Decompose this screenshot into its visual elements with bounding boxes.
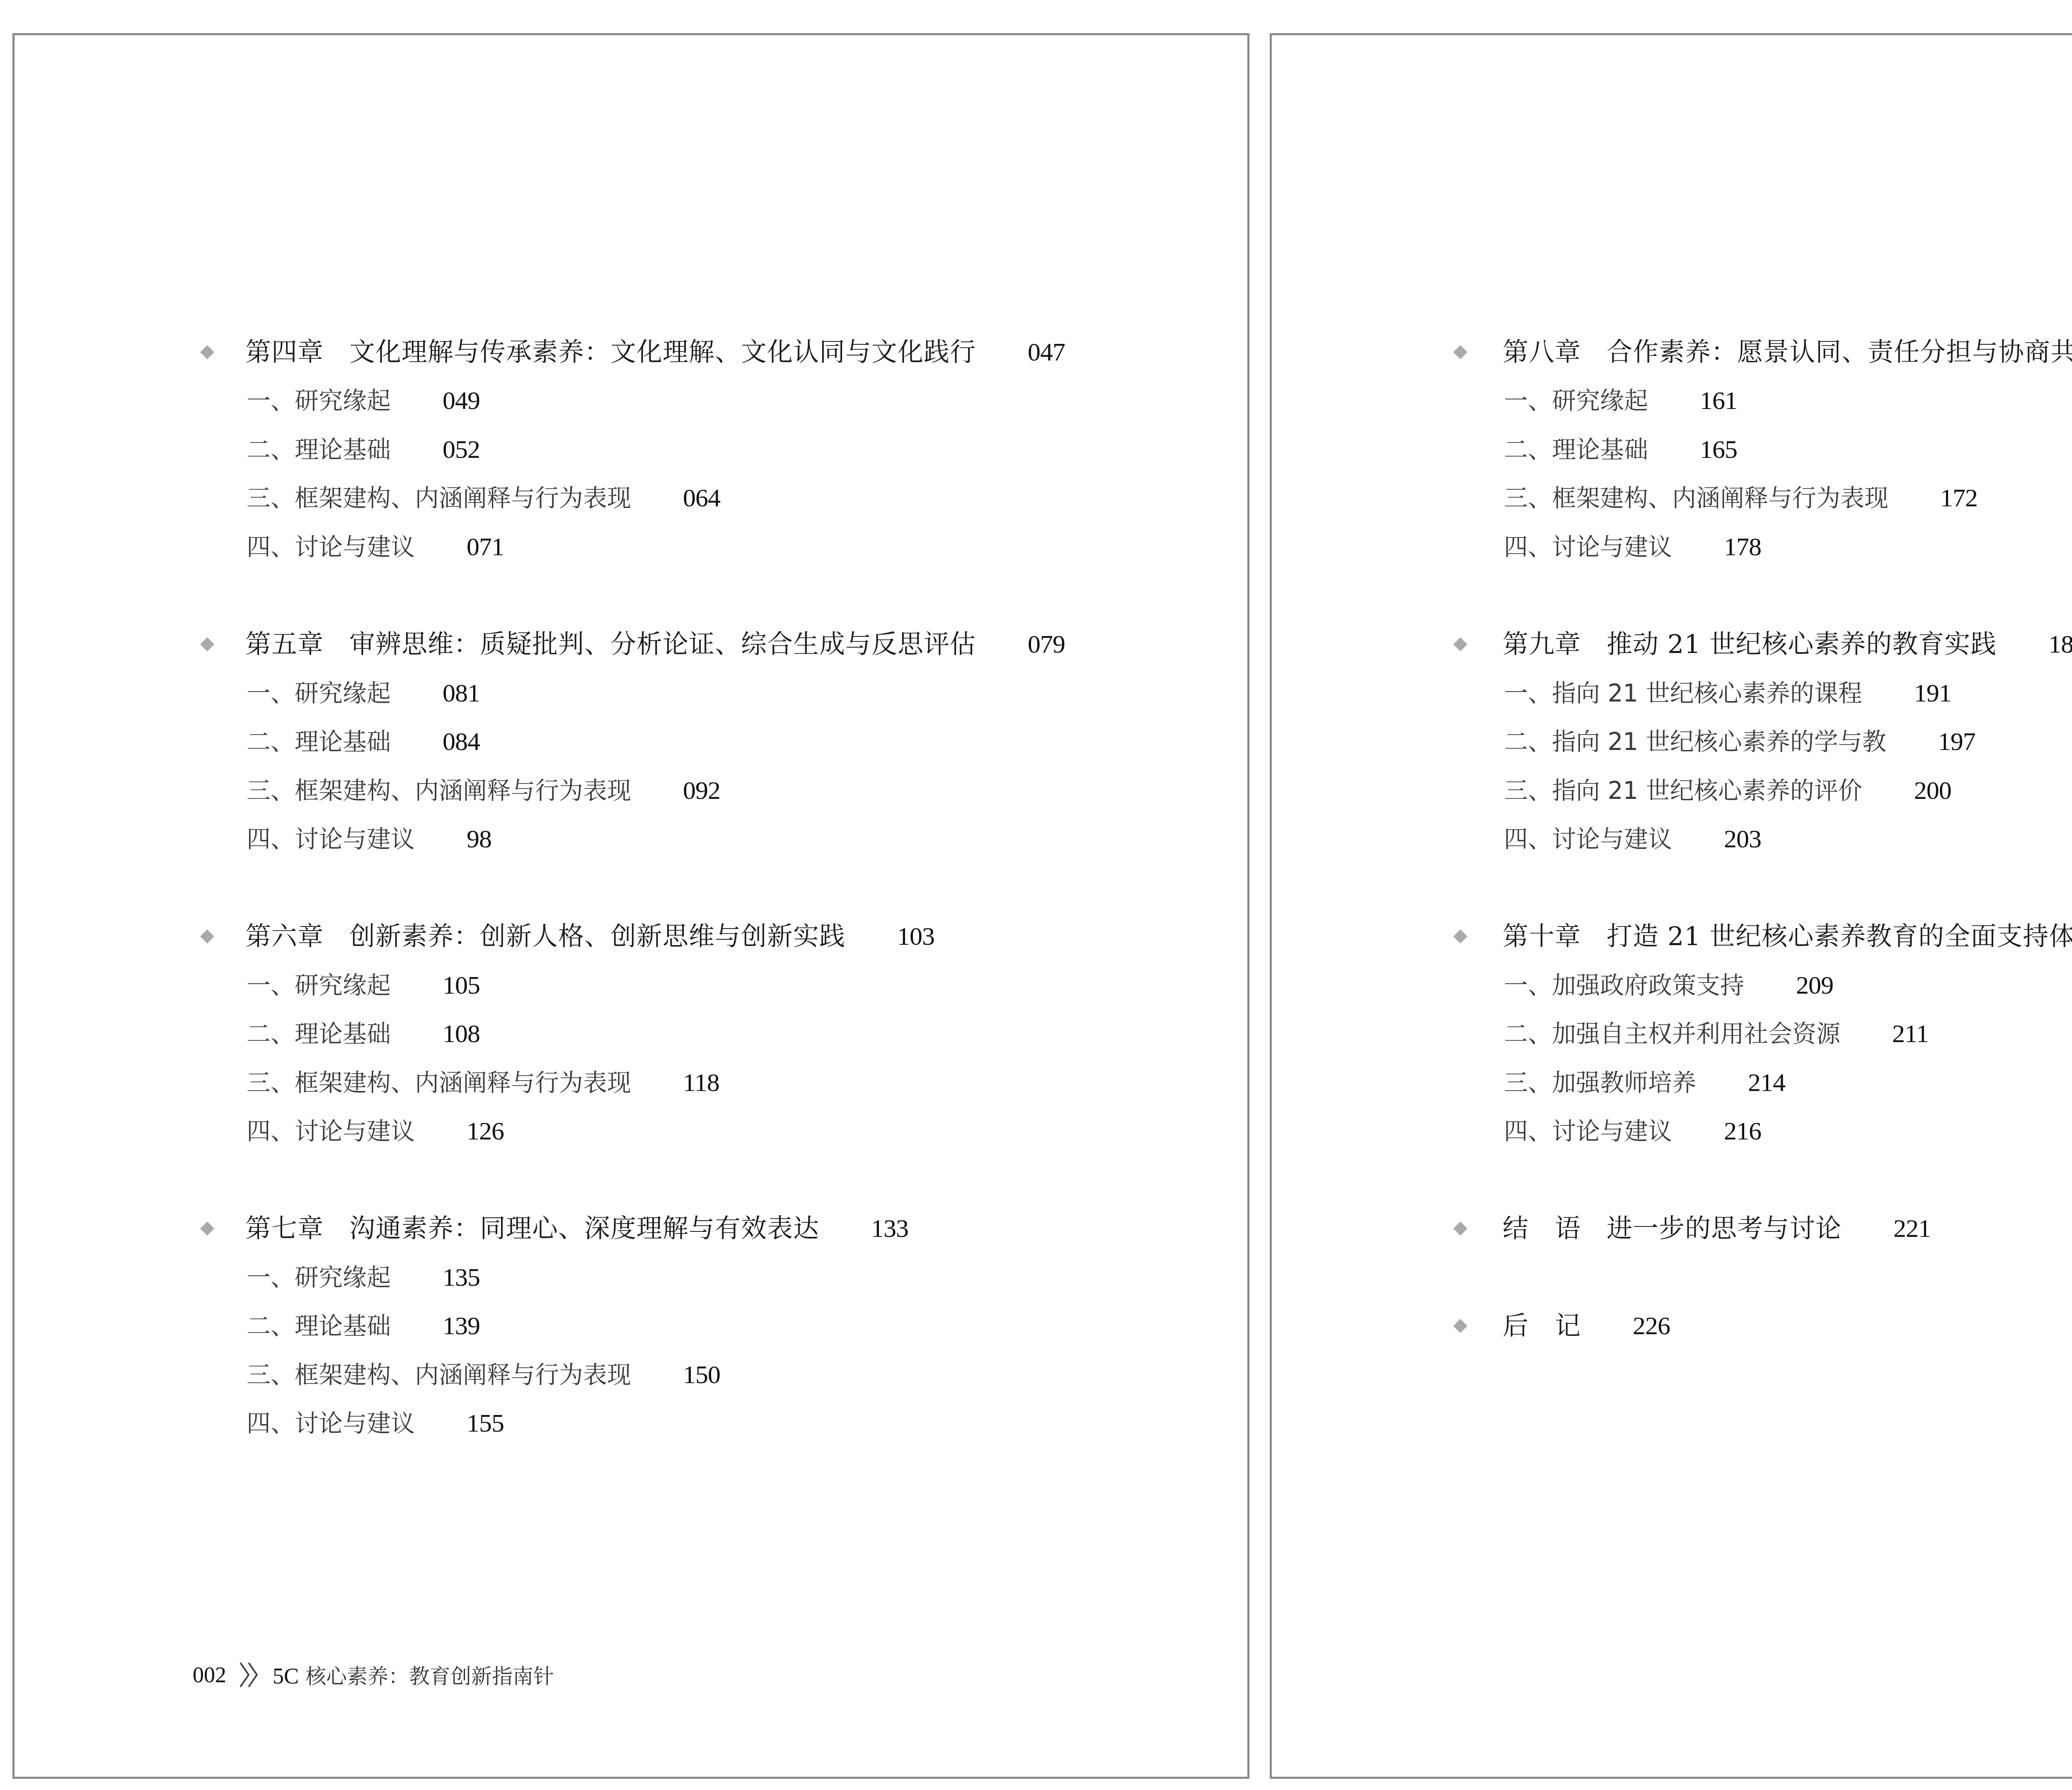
toc-section[interactable]: 三、框架建构、内涵阐释与行为表现172	[1504, 479, 1978, 517]
left-page-footer: 002 5C 核心素养：教育创新指南针	[193, 1658, 554, 1691]
section-title: 一、研究缘起	[1504, 382, 1648, 419]
toc-section[interactable]: 四、讨论与建议203	[1504, 820, 1761, 858]
chapter-title: 合作素养：愿景认同、责任分担与协商共进	[1607, 337, 2072, 367]
section-page-number: 126	[467, 1113, 504, 1150]
chapter-number: 第六章	[245, 921, 324, 951]
diamond-bullet-icon	[200, 345, 214, 359]
toc-section[interactable]: 四、讨论与建议126	[247, 1113, 504, 1150]
diamond-bullet-icon	[1453, 345, 1467, 359]
toc-chapter-5[interactable]: 第五章审辨思维：质疑批判、分析论证、综合生成与反思评估 079	[15, 626, 1065, 663]
section-title: 二、理论基础	[247, 1015, 391, 1052]
section-page-number: 214	[1748, 1064, 1785, 1101]
toc-section[interactable]: 一、指向 21 世纪核心素养的课程191	[1504, 675, 1951, 712]
diamond-bullet-icon	[200, 637, 214, 651]
toc-section[interactable]: 一、研究缘起135	[247, 1259, 480, 1296]
running-book-title: 5C 核心素养：教育创新指南针	[273, 1660, 554, 1690]
section-page-number: 105	[443, 967, 480, 1004]
section-page-number: 135	[443, 1259, 480, 1296]
diamond-bullet-icon	[1453, 1319, 1467, 1333]
section-page-number: 092	[683, 772, 720, 809]
toc-section[interactable]: 一、研究缘起049	[247, 382, 480, 419]
conclusion-label: 结 语	[1503, 1213, 1581, 1243]
section-title: 二、理论基础	[247, 431, 391, 468]
toc-chapter-7[interactable]: 第七章沟通素养：同理心、深度理解与有效表达 133	[15, 1210, 908, 1247]
toc-chapter-10[interactable]: 第十章打造 21 世纪核心素养教育的全面支持体系 207	[1272, 918, 2072, 955]
toc-afterword[interactable]: 后 记 226	[1272, 1307, 1670, 1345]
toc-section[interactable]: 二、理论基础052	[247, 431, 480, 468]
section-title: 一、研究缘起	[247, 967, 391, 1004]
toc-section[interactable]: 一、研究缘起081	[247, 675, 480, 712]
section-title: 一、指向 21 世纪核心素养的课程	[1504, 675, 1862, 712]
section-title: 二、加强自主权并利用社会资源	[1504, 1015, 1840, 1052]
section-title: 三、加强教师培养	[1504, 1064, 1696, 1101]
toc-section[interactable]: 一、加强政府政策支持209	[1504, 967, 1833, 1004]
section-title: 三、指向 21 世纪核心素养的评价	[1504, 772, 1862, 809]
toc-conclusion[interactable]: 结 语进一步的思考与讨论 221	[1272, 1210, 1931, 1247]
section-page-number: 200	[1914, 772, 1951, 809]
toc-section[interactable]: 二、指向 21 世纪核心素养的学与教197	[1504, 723, 1975, 760]
conclusion-page-number: 221	[1893, 1210, 1931, 1247]
toc-chapter-4[interactable]: 第四章文化理解与传承素养：文化理解、文化认同与文化践行 047	[15, 334, 1065, 371]
afterword-page-number: 226	[1633, 1307, 1670, 1345]
section-title: 二、理论基础	[247, 1307, 391, 1345]
toc-section[interactable]: 四、讨论与建议98	[247, 820, 491, 858]
chapter-page-number: 189	[2048, 626, 2072, 663]
afterword-label: 后 记	[1503, 1311, 1581, 1341]
section-title: 四、讨论与建议	[247, 1113, 415, 1150]
section-page-number: 178	[1724, 528, 1761, 566]
section-page-number: 049	[443, 382, 480, 419]
section-title: 四、讨论与建议	[1504, 528, 1672, 566]
section-title: 四、讨论与建议	[1504, 1113, 1672, 1150]
toc-section[interactable]: 三、框架建构、内涵阐释与行为表现118	[247, 1064, 719, 1101]
toc-section[interactable]: 四、讨论与建议178	[1504, 528, 1761, 566]
toc-chapter-8[interactable]: 第八章合作素养：愿景认同、责任分担与协商共进 159	[1272, 334, 2072, 371]
chapter-number: 第四章	[245, 337, 324, 367]
section-title: 二、指向 21 世纪核心素养的学与教	[1504, 723, 1886, 760]
section-page-number: 191	[1914, 675, 1951, 712]
toc-section[interactable]: 一、研究缘起105	[247, 967, 480, 1004]
section-page-number: 064	[683, 479, 720, 517]
chapter-title: 沟通素养：同理心、深度理解与有效表达	[349, 1213, 819, 1243]
section-title: 四、讨论与建议	[247, 528, 415, 566]
section-title: 一、研究缘起	[247, 1259, 391, 1296]
section-page-number: 081	[443, 675, 480, 712]
section-title: 三、框架建构、内涵阐释与行为表现	[1504, 479, 1888, 517]
toc-section[interactable]: 三、框架建构、内涵阐释与行为表现150	[247, 1356, 720, 1393]
section-page-number: 203	[1724, 820, 1761, 858]
section-title: 三、框架建构、内涵阐释与行为表现	[247, 1064, 631, 1101]
section-page-number: 211	[1892, 1015, 1929, 1052]
toc-section[interactable]: 四、讨论与建议155	[247, 1405, 504, 1442]
section-title: 三、框架建构、内涵阐释与行为表现	[247, 479, 631, 517]
diamond-bullet-icon	[1453, 1222, 1467, 1236]
chapter-page-number: 079	[1028, 626, 1065, 663]
chapter-number: 第九章	[1503, 629, 1581, 659]
section-title: 一、研究缘起	[247, 382, 391, 419]
diamond-bullet-icon	[1453, 929, 1467, 943]
section-page-number: 197	[1938, 723, 1975, 760]
toc-section[interactable]: 二、理论基础165	[1504, 431, 1737, 468]
chapter-page-number: 133	[871, 1210, 908, 1247]
section-title: 一、加强政府政策支持	[1504, 967, 1744, 1004]
section-title: 二、理论基础	[247, 723, 391, 760]
toc-section[interactable]: 一、研究缘起161	[1504, 382, 1737, 419]
section-page-number: 108	[443, 1015, 480, 1052]
left-page: 第四章文化理解与传承素养：文化理解、文化认同与文化践行 047 一、研究缘起04…	[12, 33, 1249, 1779]
section-page-number: 155	[467, 1405, 504, 1442]
section-page-number: 216	[1724, 1113, 1761, 1150]
section-title: 二、理论基础	[1504, 431, 1648, 468]
chapter-number: 第八章	[1503, 337, 1581, 367]
toc-section[interactable]: 三、框架建构、内涵阐释与行为表现064	[247, 479, 720, 517]
chapter-title: 审辨思维：质疑批判、分析论证、综合生成与反思评估	[349, 629, 976, 659]
chapter-number: 第十章	[1503, 921, 1581, 951]
section-title: 四、讨论与建议	[247, 1405, 415, 1442]
diamond-bullet-icon	[200, 1222, 214, 1236]
chapter-title: 创新素养：创新人格、创新思维与创新实践	[349, 921, 845, 951]
section-title: 三、框架建构、内涵阐释与行为表现	[247, 772, 631, 809]
chapter-number: 第五章	[245, 629, 324, 659]
section-page-number: 209	[1796, 967, 1833, 1004]
diamond-bullet-icon	[1453, 637, 1467, 651]
section-title: 一、研究缘起	[247, 675, 391, 712]
chapter-title: 打造 21 世纪核心素养教育的全面支持体系	[1607, 921, 2072, 951]
toc-section[interactable]: 三、加强教师培养214	[1504, 1064, 1785, 1101]
toc-section[interactable]: 三、框架建构、内涵阐释与行为表现092	[247, 772, 720, 809]
chapter-title: 推动 21 世纪核心素养的教育实践	[1607, 629, 1997, 659]
chapter-page-number: 047	[1028, 334, 1065, 371]
section-page-number: 172	[1940, 479, 1978, 517]
toc-section[interactable]: 四、讨论与建议216	[1504, 1113, 1761, 1150]
toc-section[interactable]: 二、理论基础139	[247, 1307, 480, 1345]
right-page: 第八章合作素养：愿景认同、责任分担与协商共进 159 一、研究缘起161 二、理…	[1270, 33, 2072, 1779]
section-page-number: 150	[683, 1356, 720, 1393]
diamond-bullet-icon	[200, 929, 214, 943]
chapter-page-number: 103	[897, 918, 934, 955]
toc-section[interactable]: 三、指向 21 世纪核心素养的评价200	[1504, 772, 1951, 809]
section-title: 三、框架建构、内涵阐释与行为表现	[247, 1356, 631, 1393]
section-page-number: 052	[443, 431, 480, 468]
section-page-number: 139	[443, 1307, 480, 1345]
chapter-number: 第七章	[245, 1213, 324, 1243]
chapter-title: 文化理解与传承素养：文化理解、文化认同与文化践行	[349, 337, 976, 367]
section-page-number: 98	[467, 820, 491, 858]
toc-section[interactable]: 二、理论基础108	[247, 1015, 480, 1052]
section-page-number: 084	[443, 723, 480, 760]
toc-chapter-9[interactable]: 第九章推动 21 世纪核心素养的教育实践 189	[1272, 626, 2072, 663]
double-chevron-right-icon	[237, 1660, 262, 1689]
page-number: 002	[193, 1662, 226, 1688]
toc-section[interactable]: 四、讨论与建议071	[247, 528, 504, 566]
section-page-number: 165	[1700, 431, 1737, 468]
toc-section[interactable]: 二、加强自主权并利用社会资源211	[1504, 1015, 1929, 1052]
section-title: 四、讨论与建议	[1504, 820, 1672, 858]
section-page-number: 161	[1700, 382, 1737, 419]
section-page-number: 118	[683, 1064, 719, 1101]
section-title: 四、讨论与建议	[247, 820, 415, 858]
toc-section[interactable]: 二、理论基础084	[247, 723, 480, 760]
conclusion-title: 进一步的思考与讨论	[1607, 1213, 1842, 1243]
toc-chapter-6[interactable]: 第六章创新素养：创新人格、创新思维与创新实践 103	[15, 918, 934, 955]
section-page-number: 071	[467, 528, 504, 566]
